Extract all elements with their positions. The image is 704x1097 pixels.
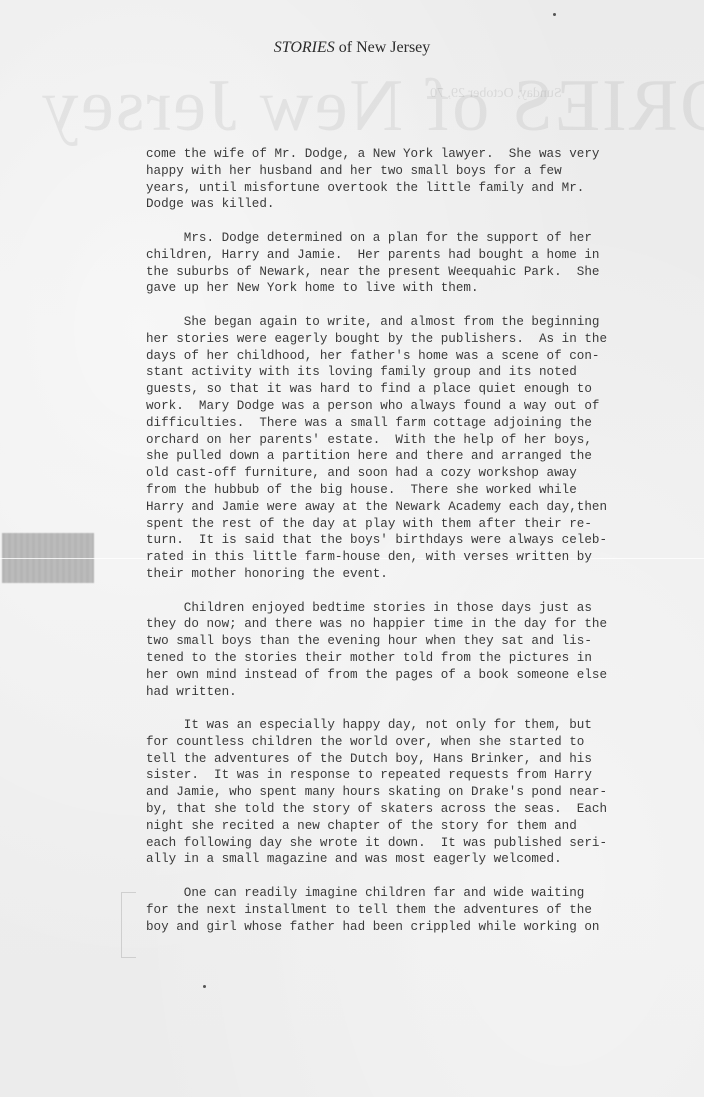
text-line: gave up her New York home to live with t… [146, 280, 626, 297]
document-body: come the wife of Mr. Dodge, a New York l… [146, 146, 626, 952]
bleed-through-small-text: Sunday, October 29, 70 [430, 86, 562, 102]
text-line: One can readily imagine children far and… [146, 885, 626, 902]
bleed-through-heading: TORIES of New Jersey [40, 64, 704, 149]
text-line: rated in this little farm-house den, wit… [146, 549, 626, 566]
header-title-rest: of New Jersey [335, 39, 431, 56]
text-line: Children enjoyed bedtime stories in thos… [146, 600, 626, 617]
text-line: children, Harry and Jamie. Her parents h… [146, 247, 626, 264]
text-line: tell the adventures of the Dutch boy, Ha… [146, 751, 626, 768]
paragraph: She began again to write, and almost fro… [146, 314, 626, 583]
text-line: sister. It was in response to repeated r… [146, 767, 626, 784]
text-line: difficulties. There was a small farm cot… [146, 415, 626, 432]
paragraph: One can readily imagine children far and… [146, 885, 626, 935]
paragraph: It was an especially happy day, not only… [146, 717, 626, 868]
text-line: come the wife of Mr. Dodge, a New York l… [146, 146, 626, 163]
text-line: happy with her husband and her two small… [146, 163, 626, 180]
text-line: turn. It is said that the boys' birthday… [146, 532, 626, 549]
text-line: Harry and Jamie were away at the Newark … [146, 499, 626, 516]
text-line: It was an especially happy day, not only… [146, 717, 626, 734]
pencil-bracket-mark [121, 892, 136, 958]
paragraph: come the wife of Mr. Dodge, a New York l… [146, 146, 626, 213]
text-line: stant activity with its loving family gr… [146, 364, 626, 381]
text-line: from the hubbub of the big house. There … [146, 482, 626, 499]
text-line: days of her childhood, her father's home… [146, 348, 626, 365]
text-line: ally in a small magazine and was most ea… [146, 851, 626, 868]
text-line: tened to the stories their mother told f… [146, 650, 626, 667]
header-title-italic: STORIES [274, 39, 335, 56]
text-line: Mrs. Dodge determined on a plan for the … [146, 230, 626, 247]
paragraph: Mrs. Dodge determined on a plan for the … [146, 230, 626, 297]
ink-speck [203, 985, 206, 988]
text-line: the suburbs of Newark, near the present … [146, 264, 626, 281]
text-line: each following day she wrote it down. It… [146, 835, 626, 852]
text-line: for the next installment to tell them th… [146, 902, 626, 919]
text-line: and Jamie, who spent many hours skating … [146, 784, 626, 801]
text-line: had written. [146, 684, 626, 701]
text-line: by, that she told the story of skaters a… [146, 801, 626, 818]
text-line: her own mind instead of from the pages o… [146, 667, 626, 684]
text-line: two small boys than the evening hour whe… [146, 633, 626, 650]
text-line: guests, so that it was hard to find a pl… [146, 381, 626, 398]
ink-speck [553, 13, 556, 16]
text-line: boy and girl whose father had been cripp… [146, 919, 626, 936]
text-line: they do now; and there was no happier ti… [146, 616, 626, 633]
page-header: STORIES of New Jersey [0, 39, 704, 57]
text-line: for countless children the world over, w… [146, 734, 626, 751]
paragraph: Children enjoyed bedtime stories in thos… [146, 600, 626, 701]
text-line: old cast-off furniture, and soon had a c… [146, 465, 626, 482]
text-line: her stories were eagerly bought by the p… [146, 331, 626, 348]
text-line: their mother honoring the event. [146, 566, 626, 583]
text-line: She began again to write, and almost fro… [146, 314, 626, 331]
text-line: Dodge was killed. [146, 196, 626, 213]
text-line: years, until misfortune overtook the lit… [146, 180, 626, 197]
text-line: spent the rest of the day at play with t… [146, 516, 626, 533]
text-line: work. Mary Dodge was a person who always… [146, 398, 626, 415]
text-line: orchard on her parents' estate. With the… [146, 432, 626, 449]
text-line: night she recited a new chapter of the s… [146, 818, 626, 835]
text-line: she pulled down a partition here and the… [146, 448, 626, 465]
